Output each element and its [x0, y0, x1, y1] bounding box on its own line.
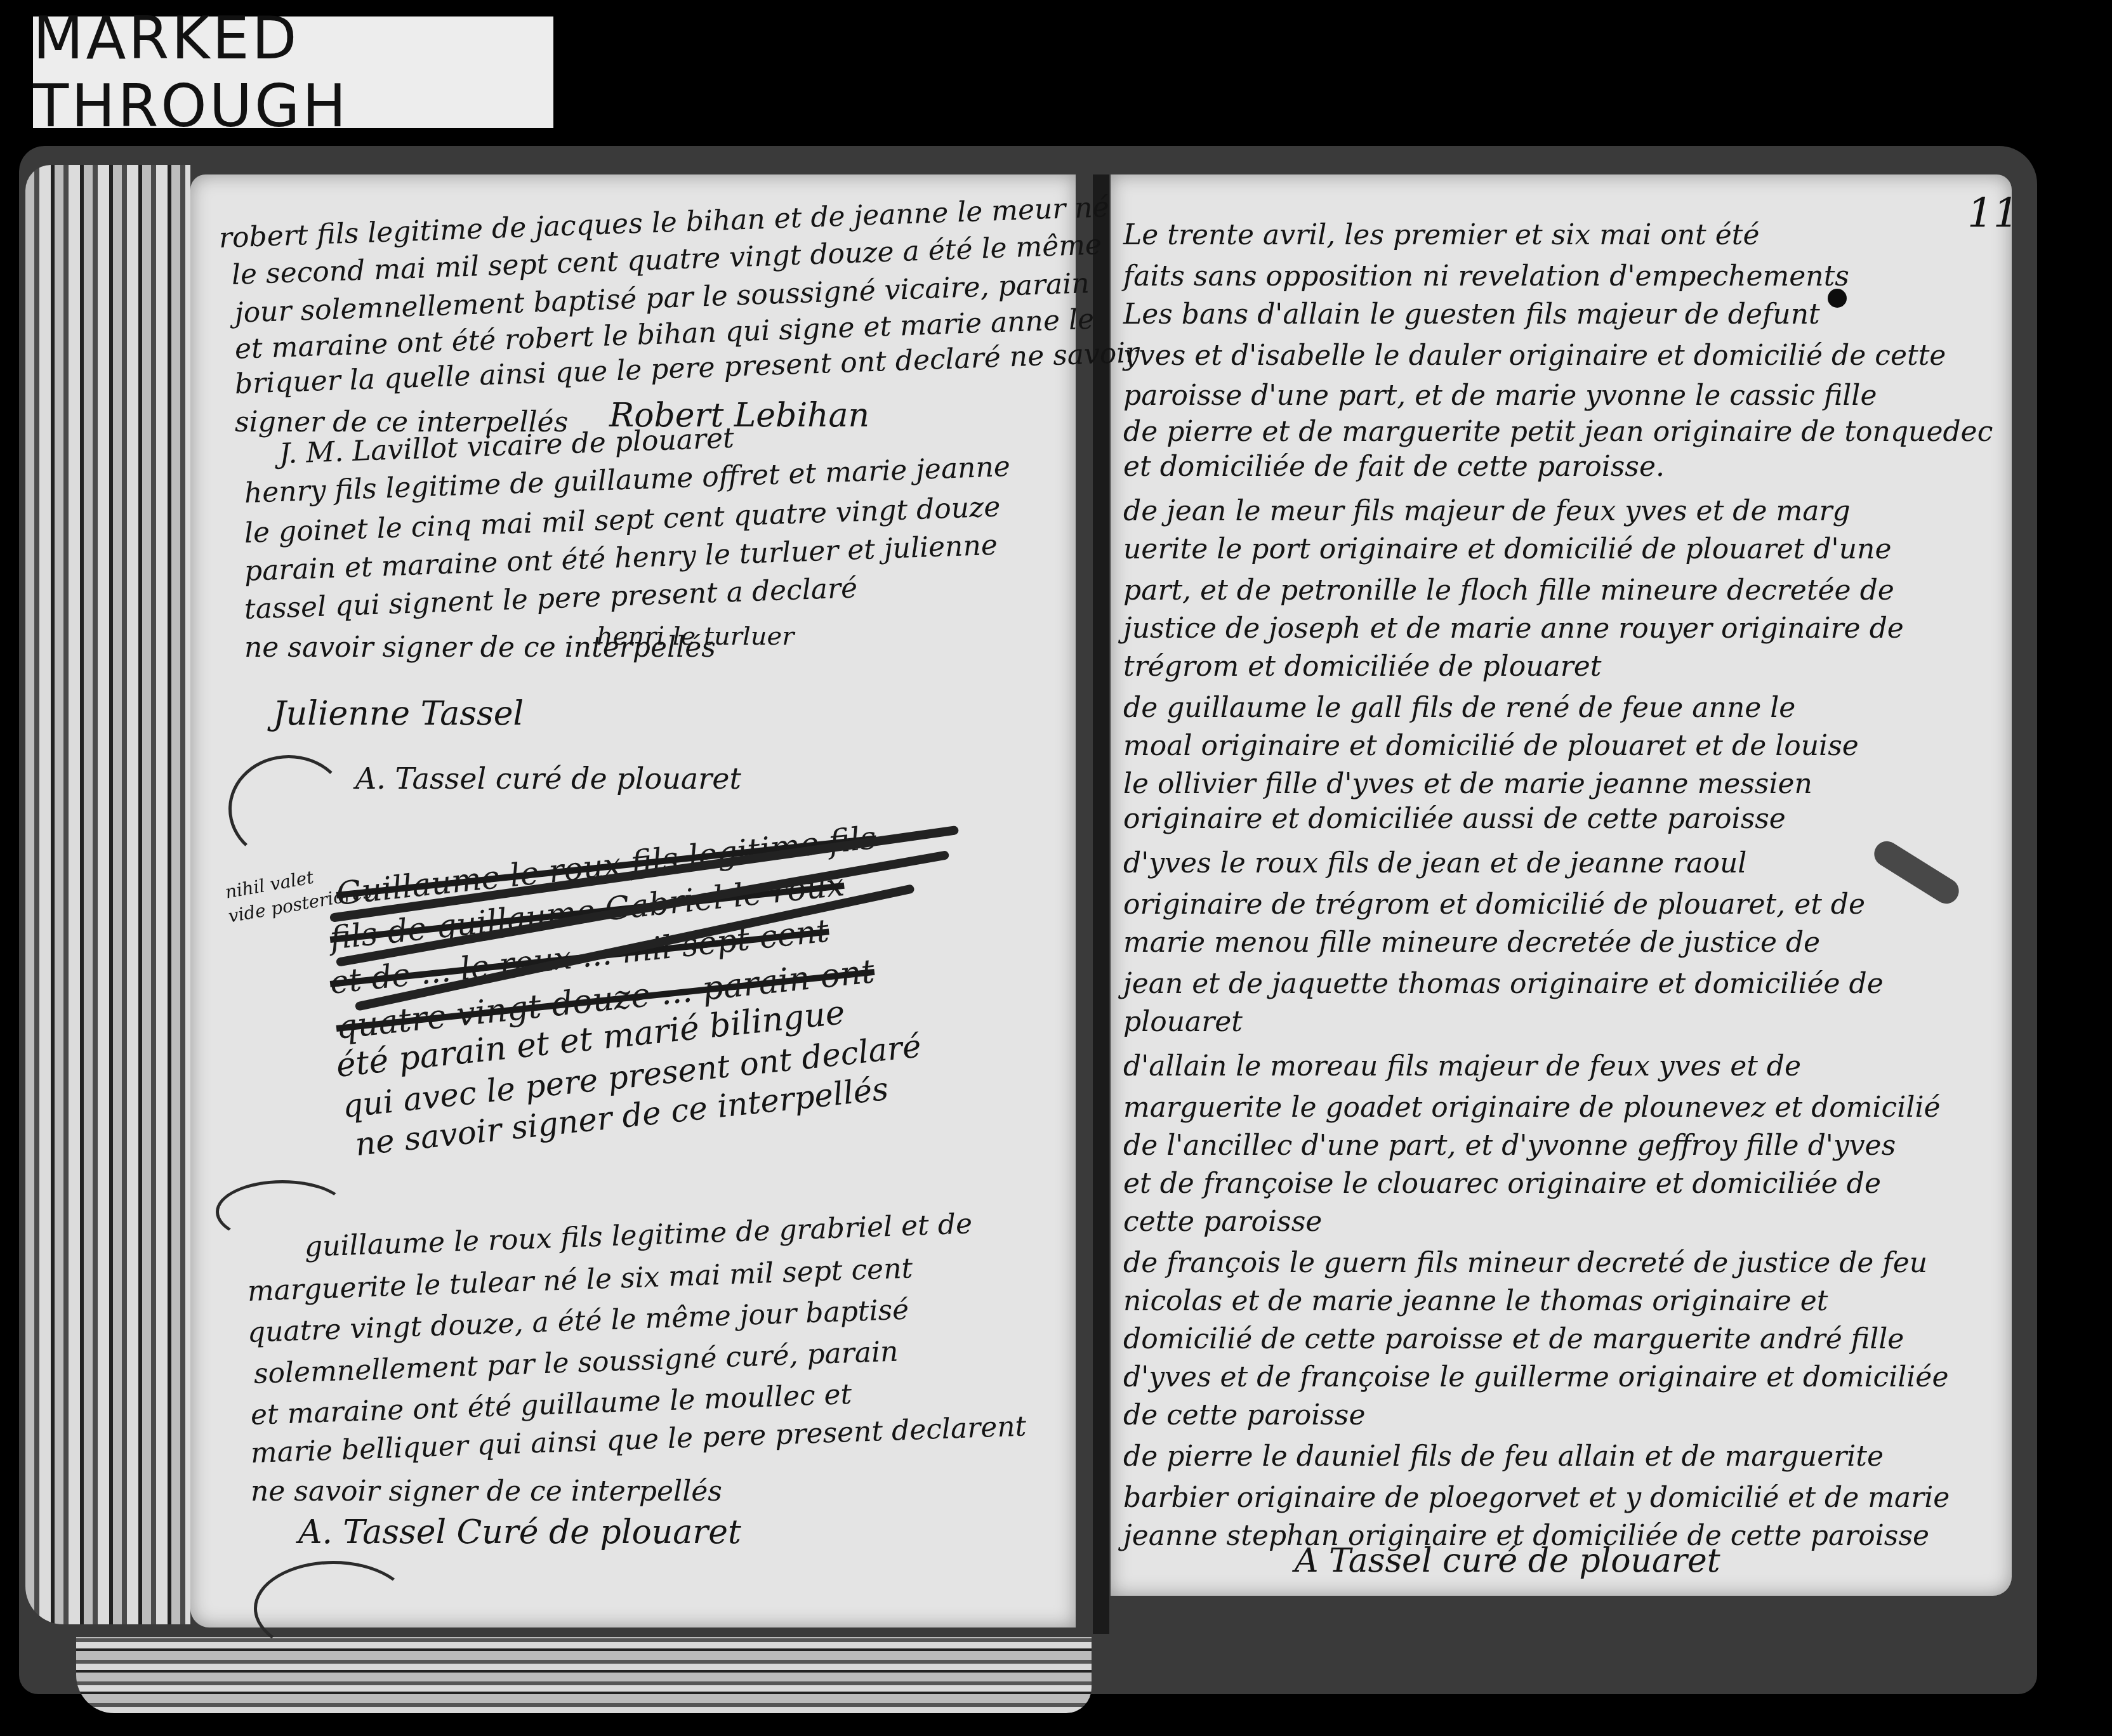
banns-line: originaire de trégrom et domicilié de pl…: [1123, 888, 1865, 921]
signature: Julienne Tassel: [273, 695, 524, 733]
banns-line: originaire et domiciliée aussi de cette …: [1123, 803, 1786, 835]
banns-line: Les bans d'allain le guesten fils majeur…: [1123, 298, 1820, 331]
banns-line: et domiciliée de fait de cette paroisse.: [1123, 450, 1665, 483]
folio-number: 11: [1967, 190, 2019, 237]
banns-line: plouaret: [1123, 1006, 1243, 1038]
banns-line: de françois le guern fils mineur decreté…: [1123, 1247, 1927, 1279]
banns-line: barbier originaire de ploegorvet et y do…: [1123, 1482, 1950, 1514]
banns-line: justice de joseph et de marie anne rouye…: [1123, 612, 1904, 645]
book-fore-edge-left: [25, 165, 190, 1624]
signature: A. Tassel Curé de plouaret: [298, 1513, 741, 1551]
book-gutter: [1093, 174, 1109, 1634]
flourish: [228, 755, 349, 863]
intro-line: faits sans opposition ni revelation d'em…: [1123, 260, 1849, 293]
banns-line: d'yves et de françoise le guillerme orig…: [1123, 1361, 1948, 1393]
book-bottom-edge: [76, 1637, 1092, 1713]
banns-line: yves et d'isabelle le dauler originaire …: [1123, 339, 1946, 372]
banns-line: de pierre le dauniel fils de feu allain …: [1123, 1440, 1884, 1473]
banns-line: et de françoise le clouarec originaire e…: [1123, 1167, 1881, 1200]
banns-line: marguerite le goadet originaire de ploun…: [1123, 1091, 1941, 1124]
banns-line: moal originaire et domicilié de plouaret…: [1123, 730, 1859, 762]
signature: henri le turluer: [597, 622, 794, 651]
banns-line: marie menou fille mineure decretée de ju…: [1123, 926, 1820, 959]
banns-line: paroisse d'une part, et de marie yvonne …: [1123, 379, 1877, 412]
marked-through-label-text: MARKED THROUGH: [33, 4, 553, 140]
signature: A. Tassel curé de plouaret: [355, 761, 741, 796]
banns-line: cette paroisse: [1123, 1206, 1322, 1238]
banns-line: domicilié de cette paroisse et de margue…: [1123, 1323, 1904, 1355]
banns-line: trégrom et domiciliée de plouaret: [1123, 650, 1601, 683]
banns-line: de l'ancillec d'une part, et d'yvonne ge…: [1123, 1129, 1896, 1162]
banns-line: le ollivier fille d'yves et de marie jea…: [1123, 768, 1812, 800]
banns-line: d'yves le roux fils de jean et de jeanne…: [1123, 847, 1746, 879]
banns-line: jean et de jaquette thomas originaire et…: [1123, 968, 1884, 1000]
banns-line: d'allain le moreau fils majeur de feux y…: [1123, 1050, 1801, 1082]
banns-line: nicolas et de marie jeanne le thomas ori…: [1123, 1285, 1828, 1317]
intro-line: Le trente avril, les premier et six mai …: [1123, 219, 1759, 251]
banns-line: de cette paroisse: [1123, 1399, 1365, 1431]
banns-line: de pierre et de marguerite petit jean or…: [1123, 416, 1993, 448]
banns-line: uerite le port originaire et domicilié d…: [1123, 533, 1891, 565]
marked-through-label: MARKED THROUGH: [33, 16, 553, 128]
curate-signature: A Tassel curé de plouaret: [1295, 1542, 1720, 1580]
banns-line: part, et de petronille le floch fille mi…: [1123, 574, 1894, 607]
banns-line: de jean le meur fils majeur de feux yves…: [1123, 495, 1851, 527]
flourish: [254, 1561, 412, 1656]
entry-line: ne savoir signer de ce interpellés: [251, 1475, 722, 1508]
banns-line: de guillaume le gall fils de rené de feu…: [1123, 692, 1795, 724]
